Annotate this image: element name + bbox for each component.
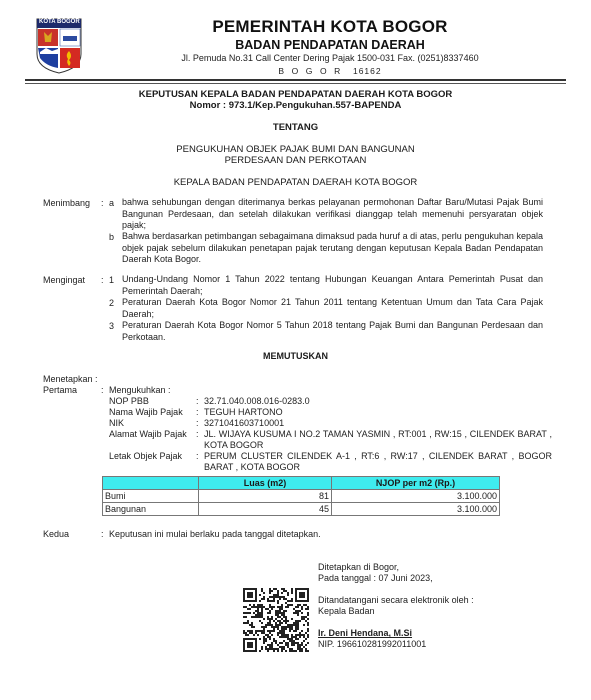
menetapkan-label: Menetapkan :	[43, 374, 98, 384]
mengingat-label: Mengingat	[43, 275, 85, 285]
sign-date: Pada tanggal : 07 Juni 2023,	[318, 573, 433, 583]
table-header-row: Luas (m2) NJOP per m2 (Rp.)	[103, 477, 500, 490]
mengingat-marker-2: 2	[109, 298, 114, 308]
decree-number: Nomor : 973.1/Kep.Pengukuhan.557-BAPENDA	[0, 100, 591, 111]
qr-code-icon[interactable]	[243, 588, 309, 652]
government-title: PEMERINTAH KOTA BOGOR	[120, 17, 540, 37]
row-njop: 3.100.000	[332, 503, 500, 516]
menimbang-item-a: bahwa sehubungan dengan diterimanya berk…	[122, 197, 543, 232]
table-row: Bangunan 45 3.100.000	[103, 503, 500, 516]
decree-title: KEPUTUSAN KEPALA BADAN PENDAPATAN DAERAH…	[0, 89, 591, 100]
memutuskan-heading: MEMUTUSKAN	[0, 351, 591, 361]
field-label-nama: Nama Wajib Pajak	[109, 407, 183, 417]
signatory-nip: NIP. 196610281992011001	[318, 639, 426, 649]
menimbang-label: Menimbang	[43, 198, 90, 208]
mengingat-item-2: Peraturan Daerah Kota Bogor Nomor 21 Tah…	[122, 297, 543, 320]
field-value-nama: TEGUH HARTONO	[204, 407, 283, 417]
kedua-text: Keputusan ini mulai berlaku pada tanggal…	[109, 529, 321, 539]
header-rule-thick	[25, 79, 566, 81]
sign-position: Kepala Badan	[318, 606, 375, 616]
subject-line-1: PENGUKUHAN OBJEK PAJAK BUMI DAN BANGUNAN	[0, 144, 591, 155]
menimbang-item-b: Bahwa berdasarkan petimbangan sebagaiman…	[122, 231, 543, 266]
field-value-nik: 3271041603710001	[204, 418, 284, 428]
subject-line-2: PERDESAAN DAN PERKOTAAN	[0, 155, 591, 166]
object-table: Luas (m2) NJOP per m2 (Rp.) Bumi 81 3.10…	[102, 476, 500, 516]
mengingat-marker-1: 1	[109, 275, 114, 285]
table-row: Bumi 81 3.100.000	[103, 490, 500, 503]
row-luas: 45	[199, 503, 332, 516]
authority-line: KEPALA BADAN PENDAPATAN DAERAH KOTA BOGO…	[0, 177, 591, 188]
signatory-name: Ir. Deni Hendana, M.Si	[318, 628, 412, 638]
mengingat-colon: :	[101, 275, 104, 285]
field-label-nop: NOP PBB	[109, 396, 149, 406]
field-colon: :	[196, 451, 199, 461]
field-label-nik: NIK	[109, 418, 124, 428]
row-luas: 81	[199, 490, 332, 503]
mengingat-item-3: Peraturan Daerah Kota Bogor Nomor 5 Tahu…	[122, 320, 543, 343]
menimbang-marker-b: b	[109, 232, 114, 242]
menimbang-colon: :	[101, 198, 104, 208]
agency-address: Jl. Pemuda No.31 Call Center Dering Paja…	[120, 53, 540, 63]
mengingat-marker-3: 3	[109, 321, 114, 331]
about-label: TENTANG	[0, 122, 591, 133]
pertama-colon: :	[101, 385, 104, 395]
postal-code: 16162	[353, 66, 382, 76]
field-colon: :	[196, 429, 199, 439]
row-type: Bangunan	[103, 503, 199, 516]
sign-place: Ditetapkan di Bogor,	[318, 562, 399, 572]
field-label-alamat: Alamat Wajib Pajak	[109, 429, 187, 439]
field-colon: :	[196, 407, 199, 417]
field-value-alamat: JL. WIJAYA KUSUMA I NO.2 TAMAN YASMIN , …	[204, 429, 552, 451]
table-header-njop: NJOP per m2 (Rp.)	[332, 477, 500, 490]
mengingat-item-1: Undang-Undang Nomor 1 Tahun 2022 tentang…	[122, 274, 543, 297]
kota-bogor-logo: KOTA BOGOR	[36, 18, 82, 74]
field-value-nop: 32.71.040.008.016-0283.0	[204, 396, 310, 406]
field-colon: :	[196, 418, 199, 428]
city-name: B O G O R	[278, 66, 343, 76]
table-header-luas: Luas (m2)	[199, 477, 332, 490]
logo-label: KOTA BOGOR	[39, 19, 80, 25]
field-colon: :	[196, 396, 199, 406]
kedua-label: Kedua	[43, 529, 69, 539]
kedua-colon: :	[101, 529, 104, 539]
agency-city: B O G O R 16162	[120, 66, 540, 76]
pertama-label: Pertama	[43, 385, 77, 395]
row-type: Bumi	[103, 490, 199, 503]
row-njop: 3.100.000	[332, 490, 500, 503]
field-label-letak: Letak Objek Pajak	[109, 451, 182, 461]
table-header-empty	[103, 477, 199, 490]
field-value-letak: PERUM CLUSTER CILENDEK A-1 , RT:6 , RW:1…	[204, 451, 552, 473]
mengukuhkan-label: Mengukuhkan :	[109, 385, 171, 395]
header-rule-thin	[25, 83, 566, 84]
agency-name: BADAN PENDAPATAN DAERAH	[120, 38, 540, 52]
signed-by: Ditandatangani secara elektronik oleh :	[318, 595, 474, 605]
menimbang-marker-a: a	[109, 198, 114, 208]
